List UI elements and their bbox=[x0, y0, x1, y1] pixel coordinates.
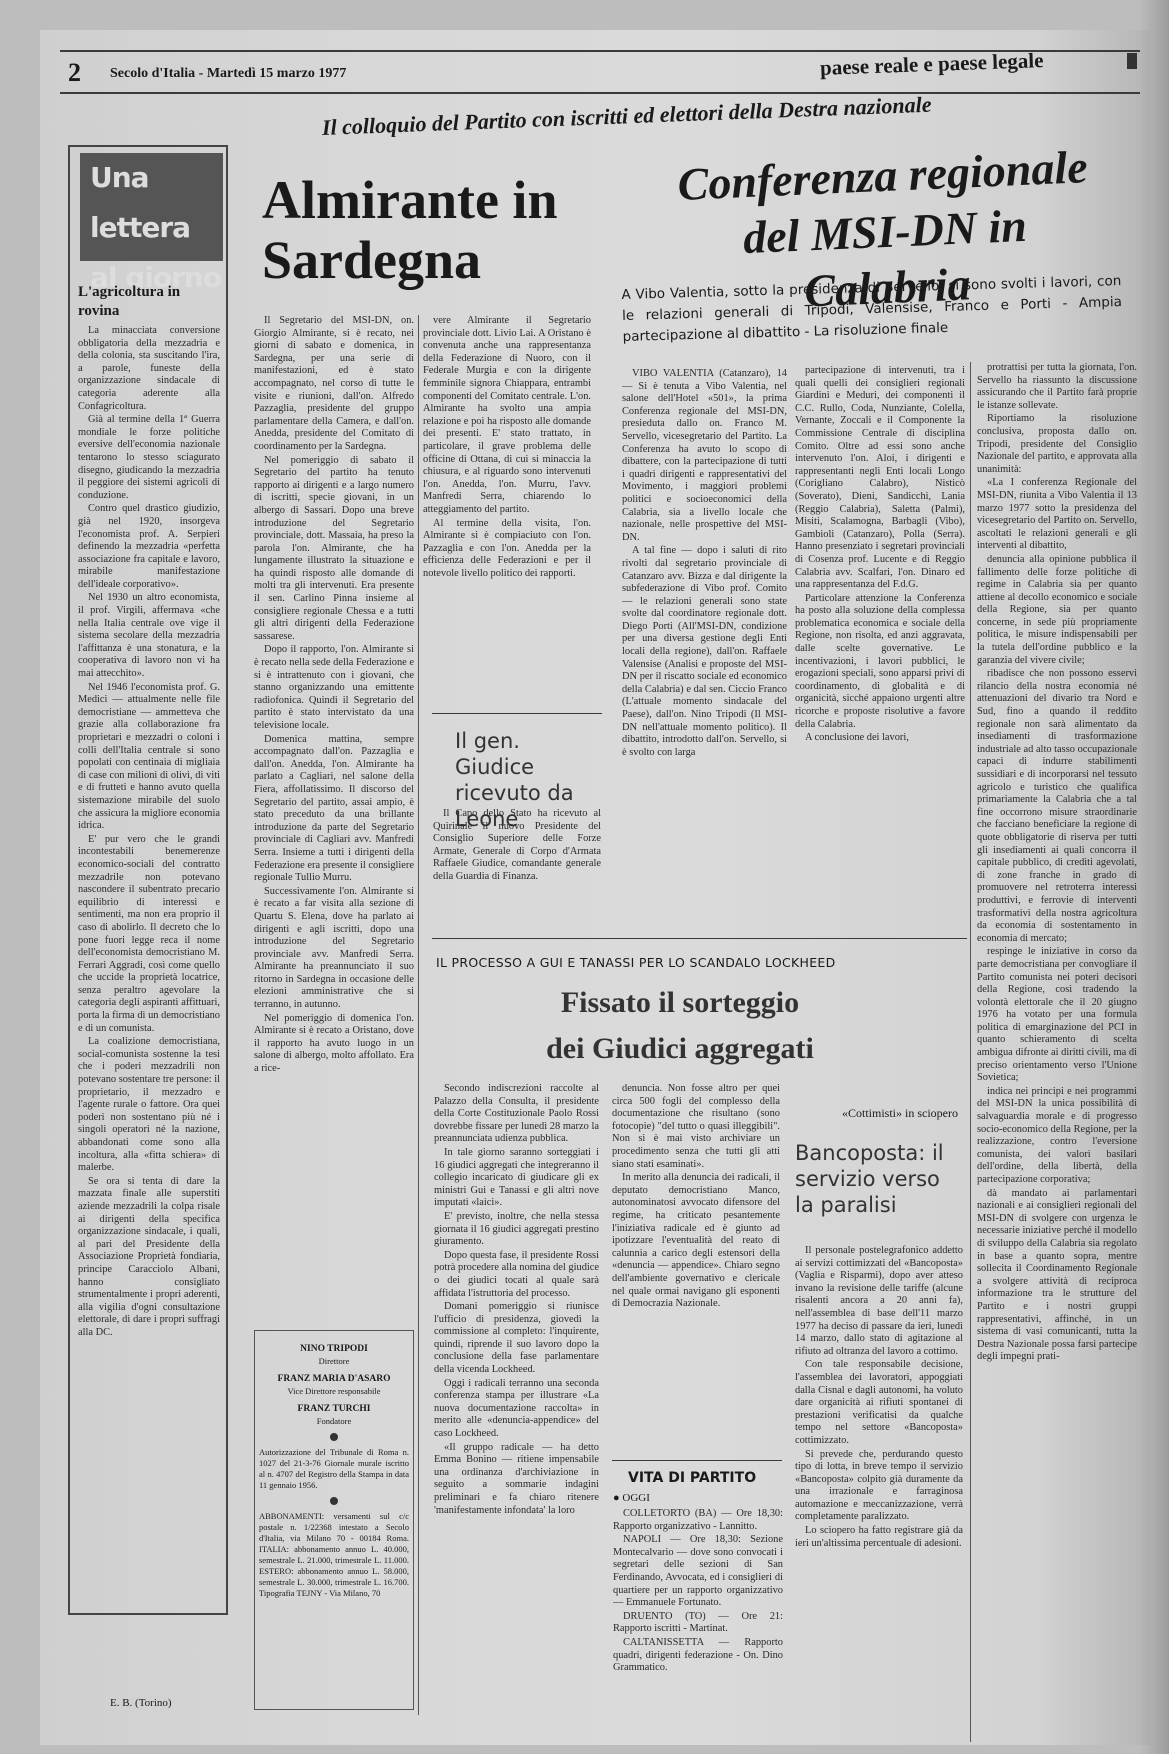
lockheed-headline: Fissato il sorteggio dei Giudici aggrega… bbox=[480, 980, 880, 1072]
column-rule bbox=[418, 315, 419, 1715]
bullet-icon bbox=[330, 1497, 338, 1505]
founder-role: Fondatore bbox=[259, 1415, 409, 1427]
paragraph: Già al termine della 1ª Guerra mondiale … bbox=[78, 414, 220, 502]
almirante-column-1: Il Segretario del MSI-DN, on. Giorgio Al… bbox=[254, 315, 414, 1320]
paragraph: Il personale postelegrafonico addetto ai… bbox=[795, 1245, 963, 1358]
paragraph: «Il gruppo radicale — ha detto Emma Boni… bbox=[434, 1442, 599, 1518]
paragraph: Il Segretario del MSI-DN, on. Giorgio Al… bbox=[254, 315, 414, 454]
paragraph: E' previsto, inoltre, che nella stessa g… bbox=[434, 1211, 599, 1249]
paragraph: Si prevede che, perdurando questo tipo d… bbox=[795, 1449, 963, 1525]
vita-partito-item: DRUENTO (TO) — Ore 21: Rapporto iscritti… bbox=[613, 1611, 783, 1636]
paragraph: Contro quel drastico giudizio, già nel 1… bbox=[78, 503, 220, 591]
bullet-icon: ● bbox=[613, 1492, 620, 1504]
subscriptions-note: ABBONAMENTI: versamenti sul c/c postale … bbox=[259, 1511, 409, 1599]
paragraph: Al termine della visita, l'on. Almirante… bbox=[423, 518, 591, 581]
vita-partito-section: OGGI bbox=[622, 1492, 650, 1504]
paragraph: Con tale responsabile decisione, l'assem… bbox=[795, 1359, 963, 1447]
letter-signature: E. B. (Torino) bbox=[110, 1697, 172, 1709]
masthead-dateline: Secolo d'Italia - Martedì 15 marzo 1977 bbox=[110, 66, 346, 82]
paragraph: denuncia alla opinione pubblica il falli… bbox=[977, 554, 1137, 667]
paragraph: Domenica mattina, sempre accompagnato da… bbox=[254, 734, 414, 885]
bancoposta-kicker: «Cottimisti» in sciopero bbox=[820, 1105, 980, 1121]
vita-partito-list: COLLETORTO (BA) — Ore 18,30: Rapporto or… bbox=[613, 1508, 783, 1738]
paragraph: La minacciata conversione obbligatoria d… bbox=[78, 325, 220, 413]
paragraph: dà mandato ai parlamentari nazionali e a… bbox=[977, 1188, 1137, 1364]
founder-name: FRANZ TURCHI bbox=[259, 1403, 409, 1415]
bullet-icon bbox=[330, 1433, 338, 1441]
vita-rule bbox=[612, 1460, 782, 1461]
bancoposta-headline: Bancoposta: il servizio verso la paralis… bbox=[795, 1140, 965, 1218]
lockheed-column-2: denuncia. Non fosse altro per quei circa… bbox=[612, 1083, 780, 1453]
vice-director-role: Vice Direttore responsabile bbox=[259, 1385, 409, 1397]
registration-note: Autorizzazione del Tribunale di Roma n. … bbox=[259, 1447, 409, 1491]
section-marker bbox=[1127, 53, 1137, 69]
paragraph: Successivamente l'on. Almirante si è rec… bbox=[254, 886, 414, 1012]
header-rule-bottom bbox=[60, 92, 1140, 94]
lockheed-column-1: Secondo indiscrezioni raccolte al Palazz… bbox=[434, 1083, 599, 1743]
paragraph: A conclusione dei lavori, bbox=[795, 732, 965, 745]
lockheed-headline-line2: dei Giudici aggregati bbox=[480, 1026, 880, 1072]
paragraph: Se ora si tenta di dare la mazzata final… bbox=[78, 1176, 220, 1340]
vice-director-name: FRANZ MARIA D'ASARO bbox=[259, 1373, 409, 1385]
paragraph: Oggi i radicali terranno una seconda con… bbox=[434, 1378, 599, 1441]
director-role: Direttore bbox=[259, 1355, 409, 1367]
director-name: NINO TRIPODI bbox=[259, 1343, 409, 1355]
almirante-headline: Almirante in Sardegna bbox=[262, 170, 592, 290]
paragraph: Dopo il rapporto, l'on. Almirante si è r… bbox=[254, 644, 414, 732]
colophon: NINO TRIPODI Direttore FRANZ MARIA D'ASA… bbox=[254, 1330, 414, 1710]
vita-partito-oggi: ● OGGI bbox=[613, 1492, 650, 1504]
paragraph: Particolare attenzione la Conferenza ha … bbox=[795, 593, 965, 732]
paragraph: Nel 1946 l'economista prof. G. Medici — … bbox=[78, 682, 220, 833]
paragraph: protrattisi per tutta la giornata, l'on.… bbox=[977, 362, 1137, 412]
paragraph: Nel pomeriggio di sabato il Segretario d… bbox=[254, 455, 414, 644]
giudice-rule bbox=[432, 713, 602, 714]
lockheed-kicker: IL PROCESSO A GUI E TANASSI PER LO SCAND… bbox=[436, 955, 836, 970]
paragraph: Nel 1930 un altro economista, il prof. V… bbox=[78, 592, 220, 680]
paragraph: La coalizione democristiana, social-comu… bbox=[78, 1036, 220, 1175]
lockheed-rule bbox=[432, 938, 967, 939]
paragraph: indica nei principi e nei programmi del … bbox=[977, 1086, 1137, 1187]
conferenza-column-3: protrattisi per tutta la giornata, l'on.… bbox=[977, 362, 1137, 1747]
paragraph: «La I conferenza Regionale del MSI-DN, r… bbox=[977, 477, 1137, 553]
paragraph: In merito alla denuncia dei radicali, il… bbox=[612, 1172, 780, 1311]
paragraph: partecipazione di intervenuti, tra i qua… bbox=[795, 365, 965, 592]
vita-partito-title: VITA DI PARTITO bbox=[628, 1470, 756, 1486]
almirante-headline-text: Almirante in Sardegna bbox=[262, 170, 592, 290]
paragraph: vere Almirante il Segretario provinciale… bbox=[423, 315, 591, 517]
paragraph: Secondo indiscrezioni raccolte al Palazz… bbox=[434, 1083, 599, 1146]
paragraph: E' pur vero che le grandi incontestabili… bbox=[78, 834, 220, 1036]
lockheed-headline-line1: Fissato il sorteggio bbox=[480, 980, 880, 1026]
paragraph: Domani pomeriggio si riunisce l'ufficio … bbox=[434, 1301, 599, 1377]
bancoposta-body: Il personale postelegrafonico addetto ai… bbox=[795, 1245, 963, 1745]
almirante-column-2: vere Almirante il Segretario provinciale… bbox=[423, 315, 591, 710]
conferenza-column-1: VIBO VALENTIA (Catanzaro), 14 — Si è ten… bbox=[622, 368, 787, 938]
paragraph: Lo sciopero ha fatto registrare già da i… bbox=[795, 1525, 963, 1550]
paragraph: Riportiamo la risoluzione conclusiva, pr… bbox=[977, 413, 1137, 476]
giudice-body: Il Capo dello Stato ha ricevuto al Quiri… bbox=[433, 808, 601, 938]
paragraph: In tale giorno saranno sorteggiati i 16 … bbox=[434, 1147, 599, 1210]
paragraph: respinge le iniziative in corso da parte… bbox=[977, 946, 1137, 1085]
vita-partito-item: CALTANISSETTA — Rapporto quadri, dirigen… bbox=[613, 1637, 783, 1675]
vita-partito-item: NAPOLI — Ore 18,30: Sezione Montecalvari… bbox=[613, 1534, 783, 1610]
page-edge-shadow bbox=[1139, 0, 1169, 1754]
paragraph: A tal fine — dopo i saluti di rito rivol… bbox=[622, 545, 787, 759]
column-rule bbox=[970, 362, 971, 1742]
letter-body: La minacciata conversione obbligatoria d… bbox=[78, 325, 220, 1690]
paragraph: denuncia. Non fosse altro per quei circa… bbox=[612, 1083, 780, 1171]
conferenza-column-2: partecipazione di intervenuti, tra i qua… bbox=[795, 365, 965, 940]
letter-title: L'agricoltura in rovina bbox=[78, 283, 218, 321]
paragraph: Nel pomeriggio di domenica l'on. Almiran… bbox=[254, 1013, 414, 1076]
letter-banner: Una lettera al giorno bbox=[80, 153, 223, 261]
paragraph: VIBO VALENTIA (Catanzaro), 14 — Si è ten… bbox=[622, 368, 787, 544]
paragraph: ribadisce che non possono esservi rilanc… bbox=[977, 668, 1137, 945]
page-number: 2 bbox=[68, 58, 81, 88]
paragraph: Dopo questa fase, il presidente Rossi po… bbox=[434, 1250, 599, 1300]
vita-partito-item: COLLETORTO (BA) — Ore 18,30: Rapporto or… bbox=[613, 1508, 783, 1533]
